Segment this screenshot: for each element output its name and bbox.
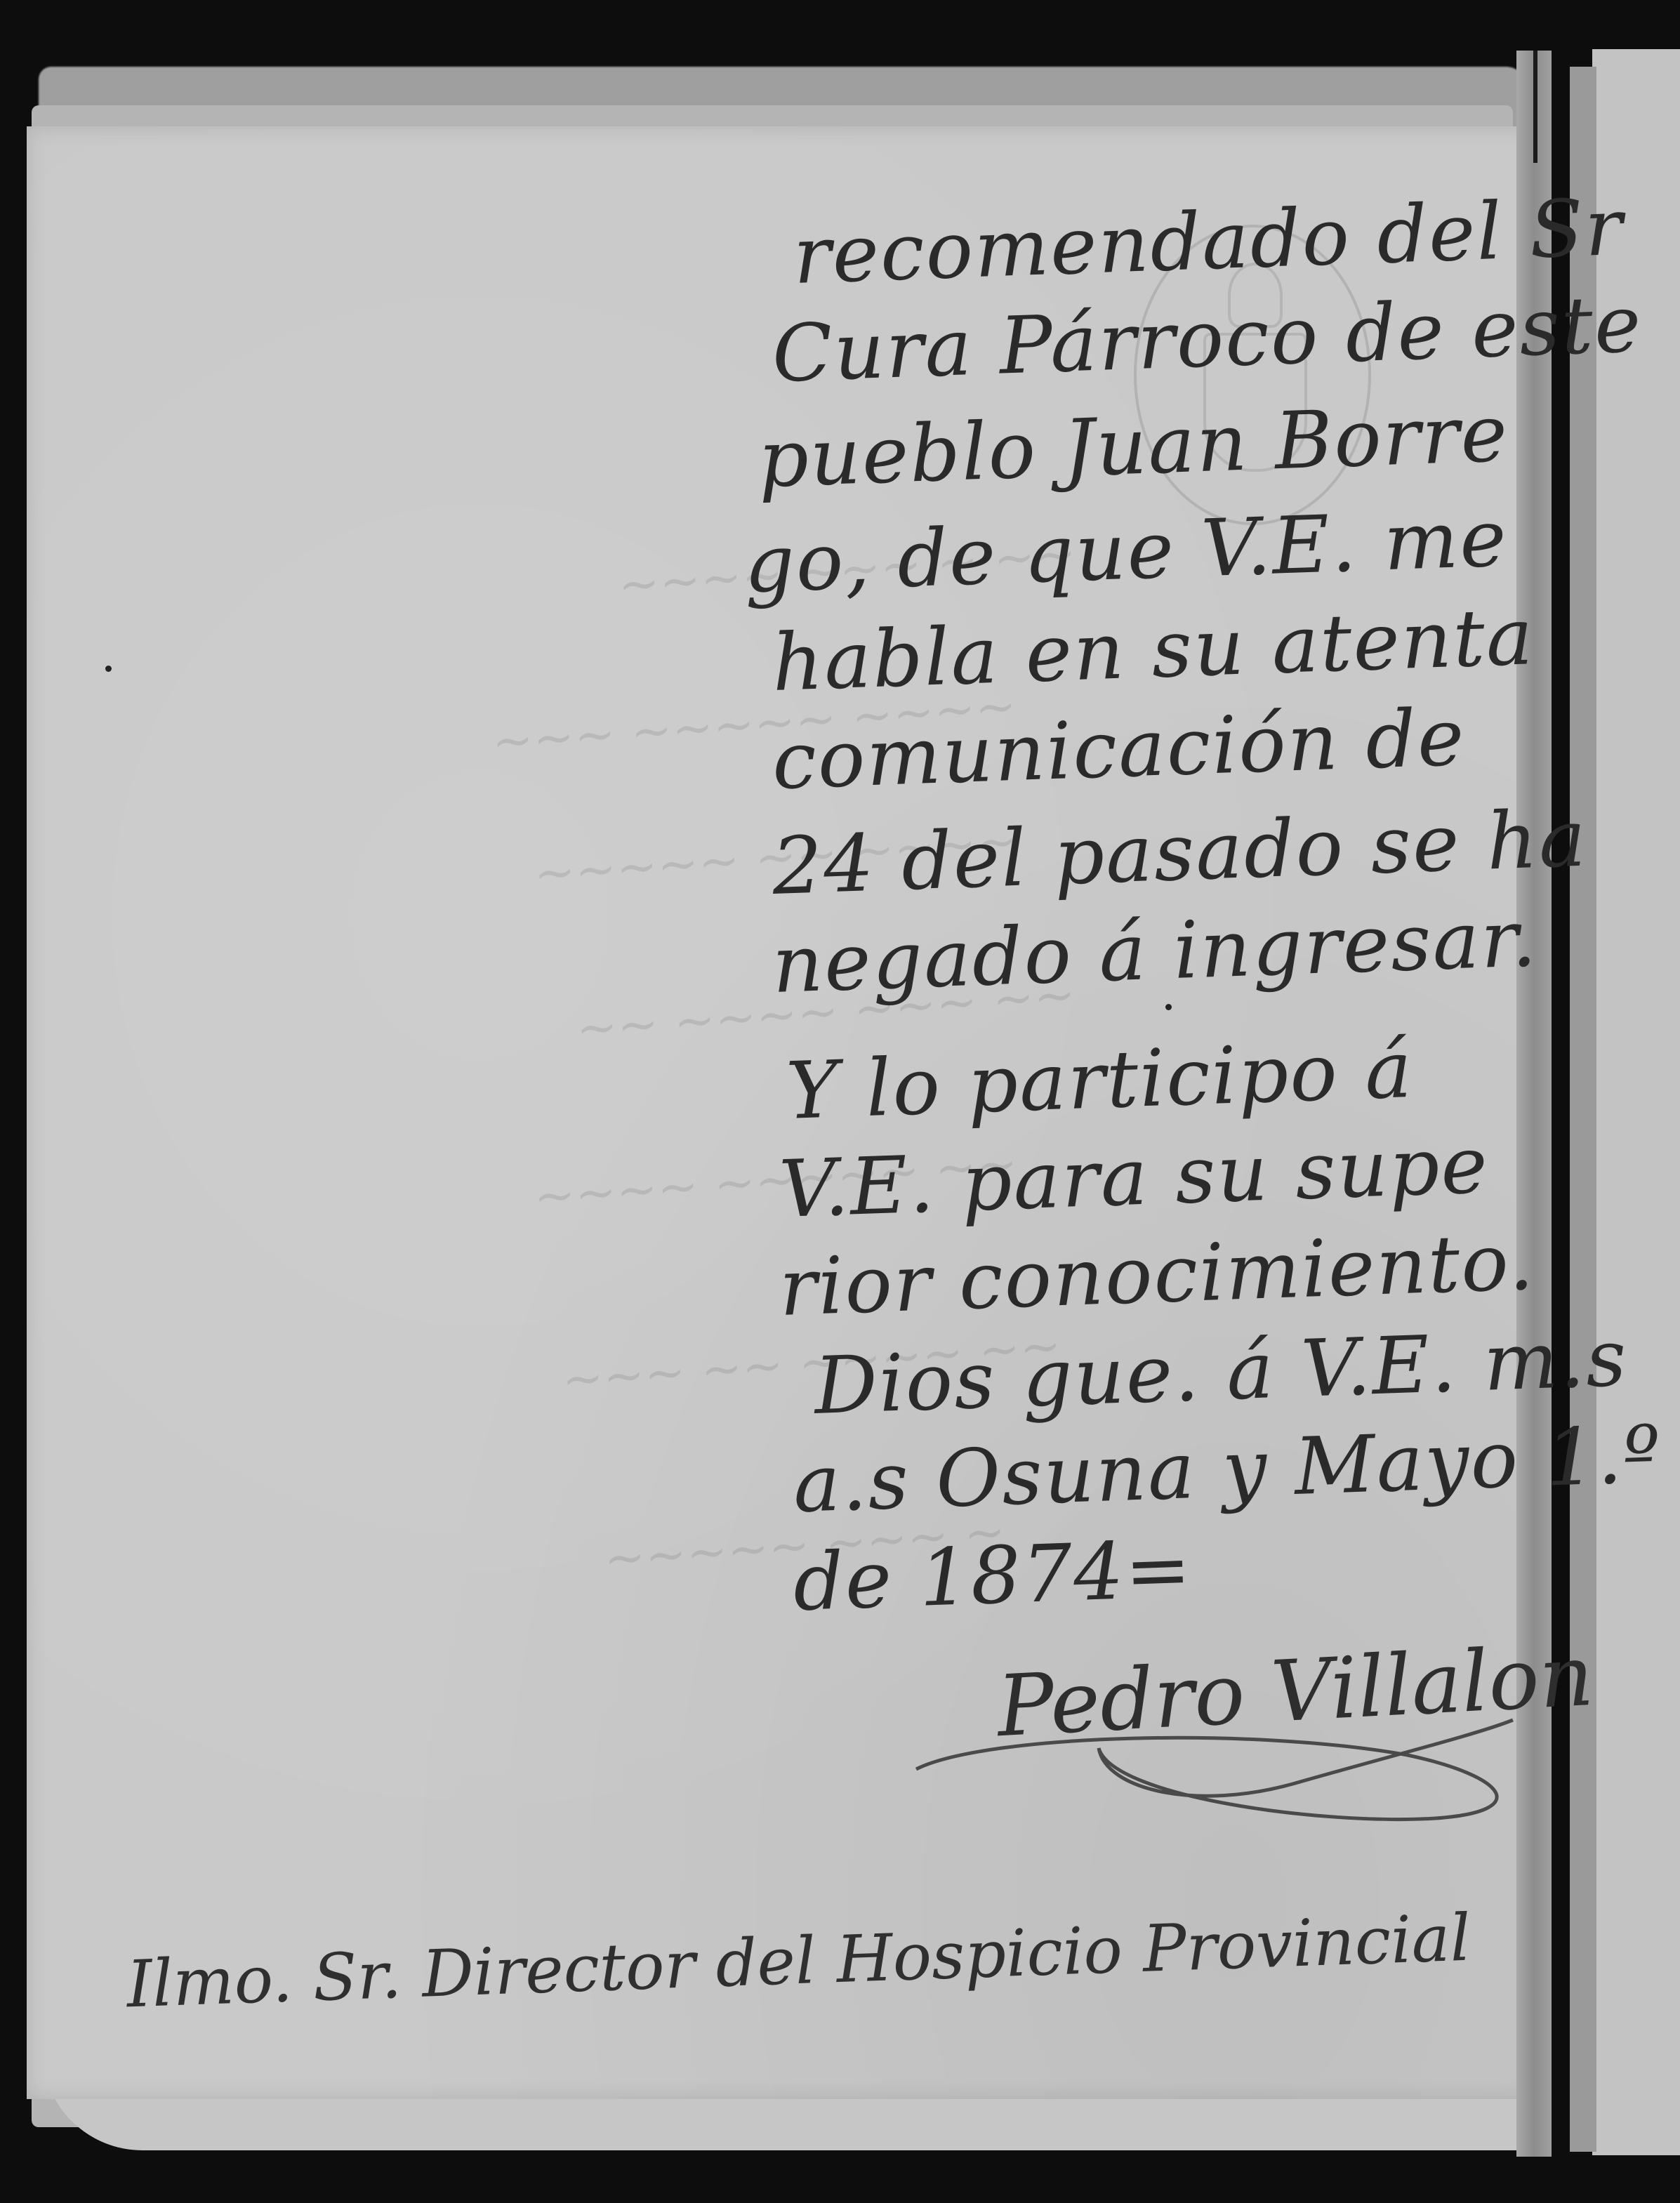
ink-speck (1165, 1004, 1172, 1010)
signature-flourish (902, 1706, 1534, 1825)
binding-crease (1533, 51, 1537, 163)
ink-speck (105, 666, 112, 672)
document-scan: ~~~~ ~~~ ~ ~~ ~~~ ~~~~~ ~~~~ ~~~~~ ~~ ~~… (0, 0, 1680, 2203)
letter-date-year: de 1874= (792, 1523, 1194, 1629)
binding-gutter-2 (1570, 67, 1596, 2152)
